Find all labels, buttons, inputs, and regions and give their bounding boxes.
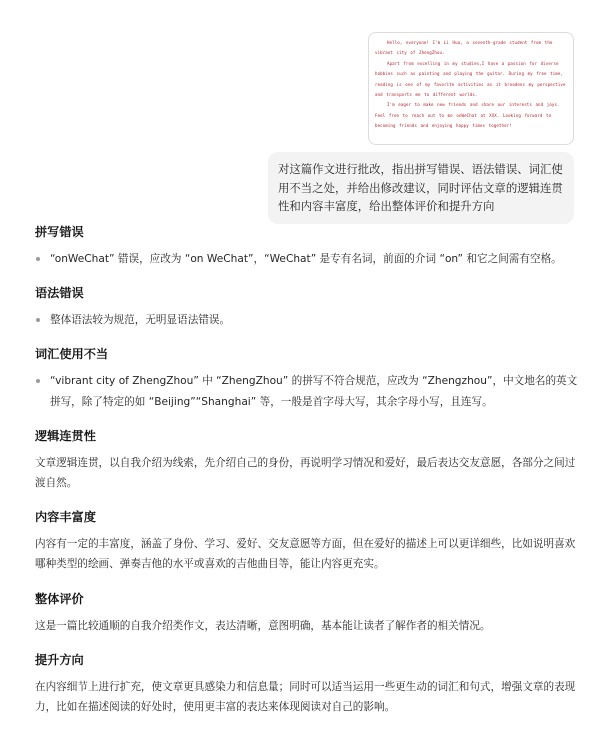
section-title: 提升方向: [35, 650, 580, 670]
section-improvement-direction: 提升方向 在内容细节上进行扩充，使文章更具感染力和信息量；同时可以适当运用一些更…: [35, 650, 580, 717]
section-body: 文章逻辑连贯，以自我介绍为线索，先介绍自己的身份，再说明学习情况和爱好，最后表达…: [35, 453, 580, 493]
section-title: 语法错误: [35, 283, 580, 303]
section-spelling-errors: 拼写错误 “onWeChat” 错误，应改为 “on WeChat”，“WeCh…: [35, 222, 580, 269]
section-grammar-errors: 语法错误 整体语法较为规范，无明显语法错误。: [35, 283, 580, 330]
section-body: 内容有一定的丰富度，涵盖了身份、学习、爱好、交友意愿等方面，但在爱好的描述上可以…: [35, 534, 580, 574]
list-item: “onWeChat” 错误，应改为 “on WeChat”，“WeChat” 是…: [35, 249, 580, 269]
section-title: 逻辑连贯性: [35, 426, 580, 446]
assistant-response: 拼写错误 “onWeChat” 错误，应改为 “on WeChat”，“WeCh…: [35, 222, 580, 717]
bullet-list: 整体语法较为规范，无明显语法错误。: [35, 310, 580, 330]
list-item: 整体语法较为规范，无明显语法错误。: [35, 310, 580, 330]
section-overall-evaluation: 整体评价 这是一篇比较通顺的自我介绍类作文，表达清晰，意图明确，基本能让读者了解…: [35, 589, 580, 636]
section-title: 拼写错误: [35, 222, 580, 242]
user-message: Hello, everyone! I'm Li Hua, a seventh-g…: [268, 32, 574, 224]
list-item-text: 整体语法较为规范，无明显语法错误。: [50, 314, 230, 326]
section-logical-coherence: 逻辑连贯性 文章逻辑连贯，以自我介绍为线索，先介绍自己的身份，再说明学习情况和爱…: [35, 426, 580, 493]
section-body: 这是一篇比较通顺的自我介绍类作文，表达清晰，意图明确，基本能让读者了解作者的相关…: [35, 616, 580, 636]
section-content-richness: 内容丰富度 内容有一定的丰富度，涵盖了身份、学习、爱好、交友意愿等方面，但在爱好…: [35, 507, 580, 574]
section-title: 内容丰富度: [35, 507, 580, 527]
user-prompt-bubble: 对这篇作文进行批改，指出拼写错误、语法错误、词汇使用不当之处，并给出修改建议，同…: [268, 152, 574, 224]
list-item-text: “onWeChat” 错误，应改为 “on WeChat”，“WeChat” 是…: [50, 253, 562, 265]
section-vocabulary-misuse: 词汇使用不当 “vibrant city of ZhengZhou” 中 “Zh…: [35, 344, 580, 411]
section-title: 词汇使用不当: [35, 344, 580, 364]
bullet-icon: [36, 318, 40, 322]
bullet-icon: [36, 379, 40, 383]
bullet-list: “onWeChat” 错误，应改为 “on WeChat”，“WeChat” 是…: [35, 249, 580, 269]
section-title: 整体评价: [35, 589, 580, 609]
bullet-list: “vibrant city of ZhengZhou” 中 “ZhengZhou…: [35, 371, 580, 411]
section-body: 在内容细节上进行扩充，使文章更具感染力和信息量；同时可以适当运用一些更生动的词汇…: [35, 677, 580, 717]
essay-paragraph: Hello, everyone! I'm Li Hua, a seventh-g…: [375, 38, 567, 59]
bullet-icon: [36, 257, 40, 261]
list-item-text: “vibrant city of ZhengZhou” 中 “ZhengZhou…: [50, 375, 577, 407]
essay-image-attachment[interactable]: Hello, everyone! I'm Li Hua, a seventh-g…: [368, 32, 574, 145]
essay-paragraph: I'm eager to make new friends and share …: [375, 100, 567, 131]
essay-paragraph: Apart from excelling in my studies,I hav…: [375, 59, 567, 101]
list-item: “vibrant city of ZhengZhou” 中 “ZhengZhou…: [35, 371, 580, 411]
